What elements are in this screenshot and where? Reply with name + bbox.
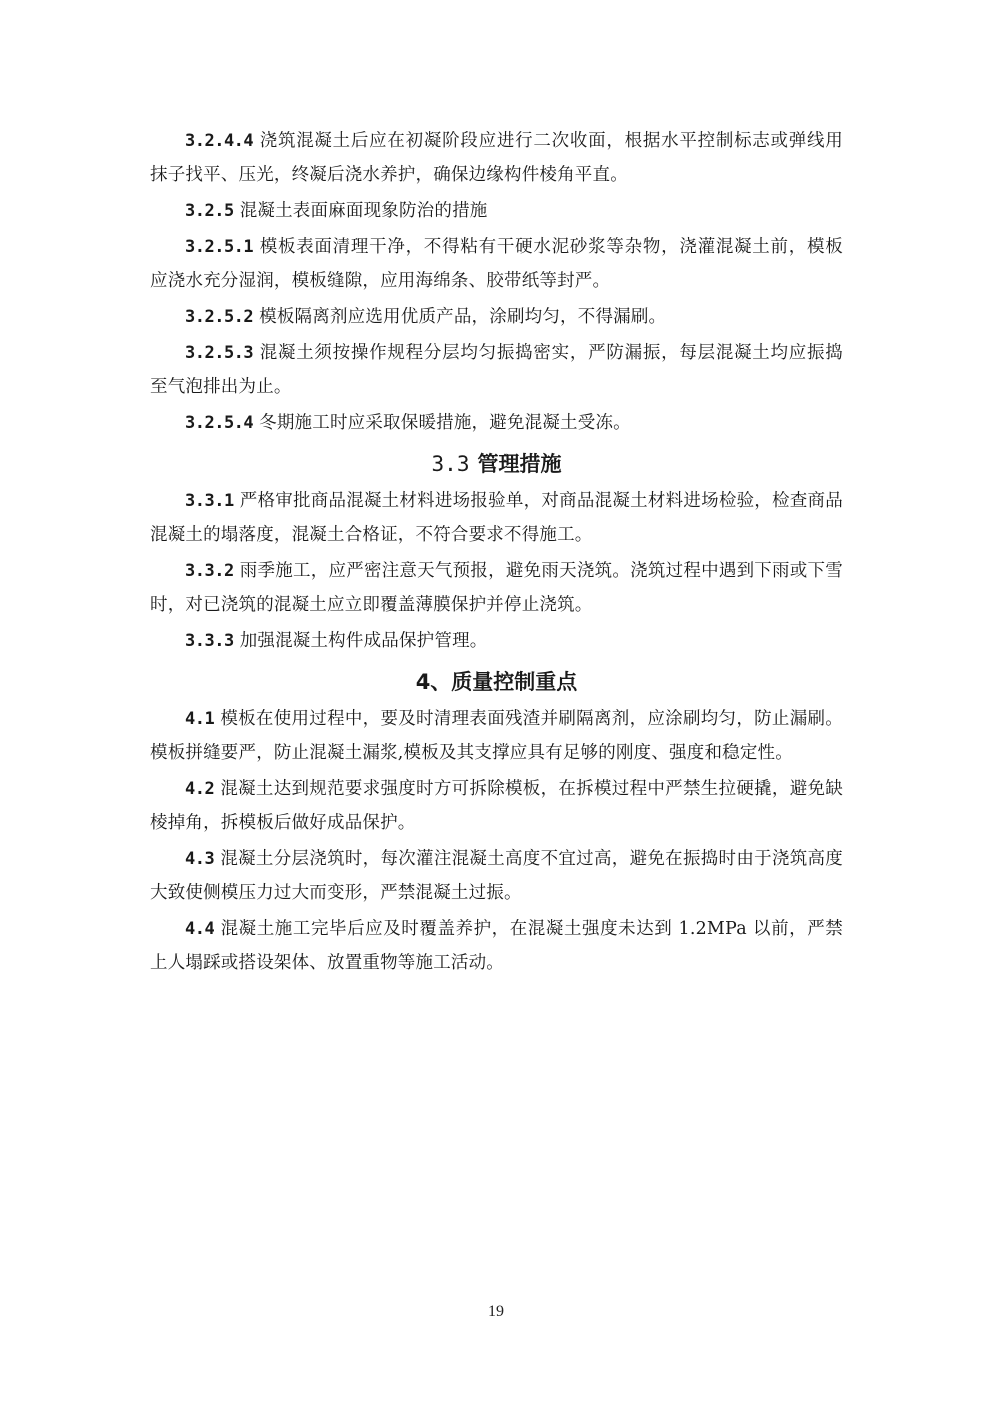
clause-text: 模板表面清理干净，不得粘有干硬水泥砂浆等杂物，浇灌混凝土前，模板应浇水充分湿润，… [150,237,843,291]
clause-text: 混凝土须按操作规程分层均匀振捣密实，严防漏振，每层混凝土均应振捣至气泡排出为止。 [150,343,843,397]
clause-number: 3.2.5.3 [185,343,253,363]
clause-text: 模板隔离剂应选用优质产品，涂刷均匀，不得漏刷。 [259,307,666,327]
clause-text: 混凝土施工完毕后应及时覆盖养护，在混凝土强度未达到 1.2MPa 以前，严禁上人… [150,919,843,973]
paragraph-3-2-5-3: 3.2.5.3混凝土须按操作规程分层均匀振捣密实，严防漏振，每层混凝土均应振捣至… [150,336,843,404]
clause-text: 模板在使用过程中，要及时清理表面残渣并刷隔离剂，应涂刷均匀，防止漏刷。模板拼缝要… [150,709,843,763]
clause-number: 3.2.4.4 [185,131,253,151]
paragraph-3-2-5-1: 3.2.5.1模板表面清理干净，不得粘有干硬水泥砂浆等杂物，浇灌混凝土前，模板应… [150,230,843,298]
clause-text: 严格审批商品混凝土材料进场报验单，对商品混凝土材料进场检验，检查商品混凝土的塌落… [150,491,843,545]
section-title: 4、质量控制重点 [416,670,578,694]
clause-number: 3.3.1 [185,491,234,511]
clause-number: 3.2.5.1 [185,237,253,257]
clause-text: 混凝土分层浇筑时，每次灌注混凝土高度不宜过高，避免在振捣时由于浇筑高度大致使侧模… [150,849,843,903]
clause-number: 3.2.5.4 [185,413,253,433]
paragraph-4-1: 4.1模板在使用过程中，要及时清理表面残渣并刷隔离剂，应涂刷均匀，防止漏刷。模板… [150,702,843,770]
paragraph-4-3: 4.3混凝土分层浇筑时，每次灌注混凝土高度不宜过高，避免在振捣时由于浇筑高度大致… [150,842,843,910]
paragraph-4-4: 4.4混凝土施工完毕后应及时覆盖养护，在混凝土强度未达到 1.2MPa 以前，严… [150,912,843,980]
clause-text: 混凝土达到规范要求强度时方可拆除模板，在拆模过程中严禁生拉硬撬，避免缺棱掉角，拆… [150,779,843,833]
clause-number: 4.3 [185,849,214,869]
clause-text: 浇筑混凝土后应在初凝阶段应进行二次收面，根据水平控制标志或弹线用抹子找平、压光，… [150,131,843,185]
section-heading-4: 4、质量控制重点 [150,662,843,702]
page-content: 3.2.4.4浇筑混凝土后应在初凝阶段应进行二次收面，根据水平控制标志或弹线用抹… [150,124,843,982]
paragraph-3-2-5-4: 3.2.5.4冬期施工时应采取保暖措施，避免混凝土受冻。 [150,406,843,440]
paragraph-3-3-1: 3.3.1严格审批商品混凝土材料进场报验单，对商品混凝土材料进场检验，检查商品混… [150,484,843,552]
paragraph-3-3-3: 3.3.3加强混凝土构件成品保护管理。 [150,624,843,658]
paragraph-3-2-5-2: 3.2.5.2模板隔离剂应选用优质产品，涂刷均匀，不得漏刷。 [150,300,843,334]
clause-number: 4.4 [185,919,214,939]
clause-text: 冬期施工时应采取保暖措施，避免混凝土受冻。 [259,413,631,433]
paragraph-3-2-4-4: 3.2.4.4浇筑混凝土后应在初凝阶段应进行二次收面，根据水平控制标志或弹线用抹… [150,124,843,192]
clause-text: 混凝土表面麻面现象防治的措施 [240,201,488,221]
paragraph-3-2-5: 3.2.5混凝土表面麻面现象防治的措施 [150,194,843,228]
clause-number: 3.3.2 [185,561,234,581]
clause-number: 4.1 [185,709,214,729]
document-page: 3.2.4.4浇筑混凝土后应在初凝阶段应进行二次收面，根据水平控制标志或弹线用抹… [0,0,992,1403]
section-heading-3-3: 3.3管理措施 [150,444,843,484]
clause-text: 加强混凝土构件成品保护管理。 [240,631,488,651]
page-number: 19 [0,1303,992,1321]
clause-number: 3.3.3 [185,631,234,651]
clause-number: 3.2.5.2 [185,307,253,327]
section-title: 管理措施 [477,452,561,476]
clause-text: 雨季施工，应严密注意天气预报，避免雨天浇筑。浇筑过程中遇到下雨或下雪时，对已浇筑… [150,561,843,615]
paragraph-4-2: 4.2混凝土达到规范要求强度时方可拆除模板，在拆模过程中严禁生拉硬撬，避免缺棱掉… [150,772,843,840]
clause-number: 3.2.5 [185,201,234,221]
section-number: 3.3 [432,452,470,476]
clause-number: 4.2 [185,779,214,799]
paragraph-3-3-2: 3.3.2雨季施工，应严密注意天气预报，避免雨天浇筑。浇筑过程中遇到下雨或下雪时… [150,554,843,622]
